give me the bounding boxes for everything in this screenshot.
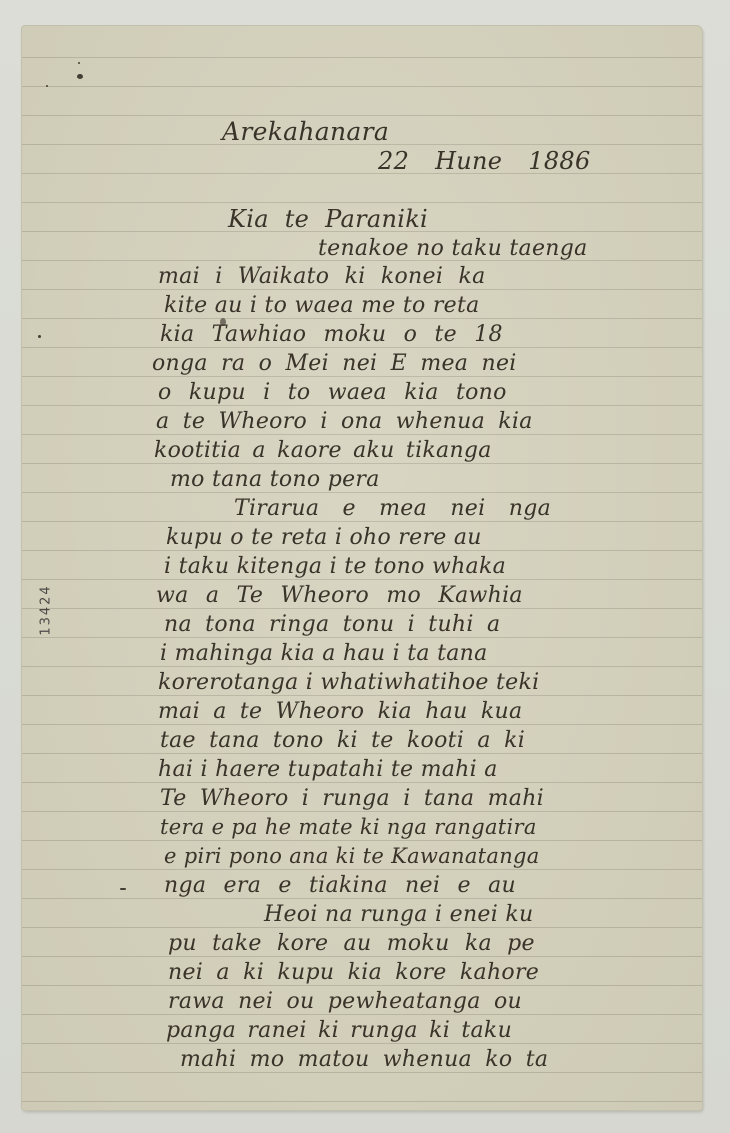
letter-line: Tirarua e mea nei nga (234, 494, 551, 523)
margin-mark (120, 888, 126, 890)
letter-line: wa a Te Wheoro mo Kawhia (156, 581, 523, 610)
letter-line: kite au i to waea me to reta (164, 291, 480, 320)
letter-place: Arekahanara (222, 117, 389, 146)
letter-date: 22 Hune 1886 (378, 147, 591, 176)
ink-blot (77, 74, 83, 79)
letter-line: o kupu i to waea kia tono (158, 378, 507, 407)
letter-line: Te Wheoro i runga i tana mahi (160, 784, 544, 813)
letter-line: mahi mo matou whenua ko ta (180, 1045, 548, 1074)
letter-line: e piri pono ana ki te Kawanatanga (164, 842, 540, 871)
letter-line: hai i haere tupatahi te mahi a (158, 755, 498, 784)
letter-line: mo tana tono pera (170, 465, 380, 494)
letter-line: nei a ki kupu kia kore kahore (168, 958, 539, 987)
letter-line: mai a te Wheoro kia hau kua (158, 697, 522, 726)
letter-line: nga era e tiakina nei e au (164, 871, 516, 900)
ink-speck (46, 85, 48, 87)
letter-line: kia Tawhiao moku o te 18 (160, 320, 503, 349)
letter-line: korerotanga i whatiwhatihoe teki (158, 668, 539, 697)
letter-line: kupu o te reta i oho rere au (166, 523, 482, 552)
letter-line: tera e pa he mate ki nga rangatira (160, 813, 537, 842)
letter-line: Heoi na runga i enei ku (264, 900, 533, 929)
ink-speck (78, 62, 80, 64)
letter-line: kootitia a kaore aku tikanga (154, 436, 492, 465)
letter-line: rawa nei ou pewheatanga ou (168, 987, 522, 1016)
ink-speck (38, 335, 41, 338)
letter-line: i taku kitenga i te tono whaka (164, 552, 506, 581)
letter-line: pu take kore au moku ka pe (168, 929, 535, 958)
letter-salutation: Kia te Paraniki (228, 205, 428, 234)
letter-line: onga ra o Mei nei E mea nei (152, 349, 517, 378)
catalogue-number: 13424 (39, 584, 54, 635)
letter-line: a te Wheoro i ona whenua kia (156, 407, 533, 436)
letter-line: tenakoe no taku taenga (318, 234, 588, 263)
letter-line: i mahinga kia a hau i ta tana (160, 639, 488, 668)
letter-line: mai i Waikato ki konei ka (158, 262, 486, 291)
letter-line: panga ranei ki runga ki taku (166, 1016, 512, 1045)
letter-line: tae tana tono ki te kooti a ki (160, 726, 525, 755)
letter-line: na tona ringa tonu i tuhi a (164, 610, 500, 639)
